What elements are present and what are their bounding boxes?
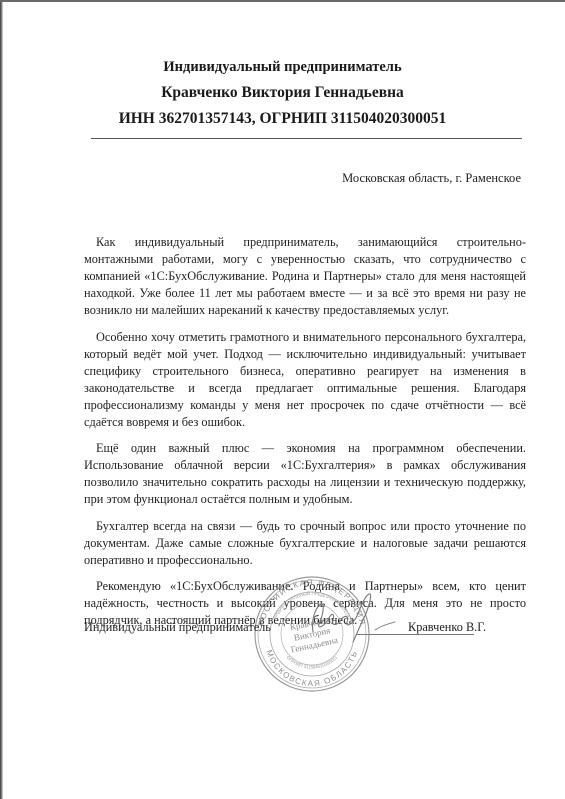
header-divider <box>91 138 522 139</box>
signature-icon <box>305 590 400 645</box>
paragraph: Бухгалтер всегда на связи — будь то сроч… <box>84 518 526 569</box>
signer-role: Индивидуальный предприниматель <box>84 620 271 635</box>
letterhead-registration: ИНН 362701357143, ОГРНИП 311504020300051 <box>0 106 565 132</box>
document-page: Индивидуальный предприниматель Кравченко… <box>0 0 565 799</box>
letterhead-name: Кравченко Виктория Геннадьевна <box>0 80 565 106</box>
paragraph: Как индивидуальный предприниматель, зани… <box>84 234 526 319</box>
letterhead-title: Индивидуальный предприниматель <box>0 54 565 80</box>
paragraph: Особенно хочу отметить грамотного и вним… <box>84 329 526 431</box>
location: Московская область, г. Раменское <box>342 171 521 186</box>
svg-text:ОГРНИП 311504020300051: ОГРНИП 311504020300051 <box>285 654 338 669</box>
signer-name: Кравченко В.Г. <box>408 620 486 635</box>
letterhead: Индивидуальный предприниматель Кравченко… <box>0 54 565 132</box>
paragraph: Ещё один важный плюс — экономия на прогр… <box>84 440 526 508</box>
scan-edge <box>0 0 565 2</box>
